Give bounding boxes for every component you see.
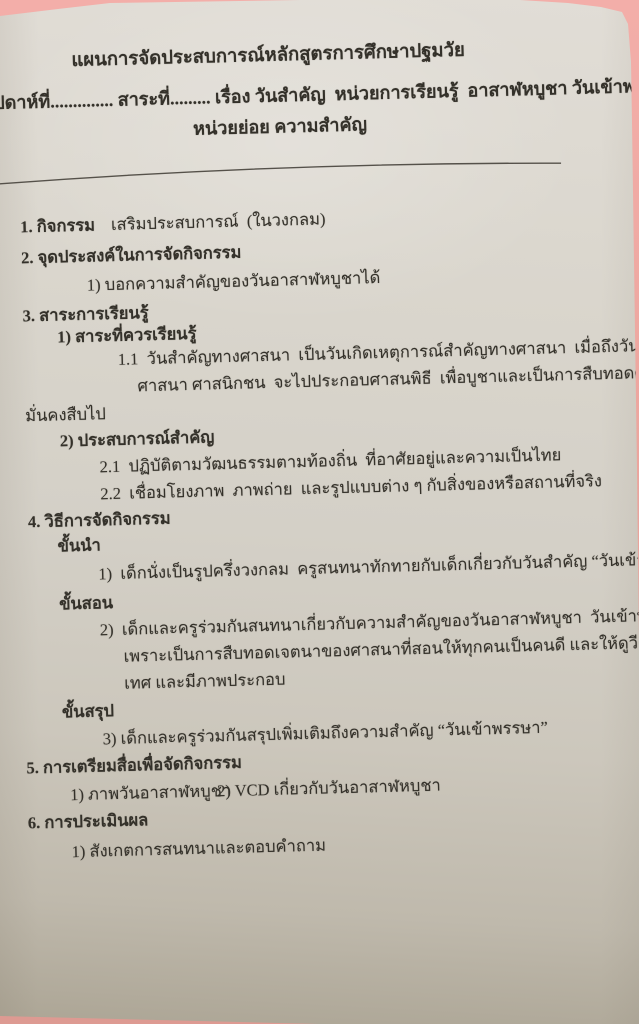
paper-sheet: แผนการจัดประสบการณ์หลักสูตรการศึกษาปฐมวั… [0,0,639,1024]
document-content: แผนการจัดประสบการณ์หลักสูตรการศึกษาปฐมวั… [0,0,639,1024]
line-text: ศาสนา ศาสนิกชน จะไปประกอบศาสนพิธี เพื่อบ… [137,361,639,395]
doc-line: 1) สังเกตการสนทนาและตอบคำถาม [46,810,327,889]
line-text: เทศ และมีภาพประกอบ [124,670,286,693]
line-text: 1) เด็กนั่งเป็นรูปครึ่งวงกลม ครูสนทนาทัก… [98,549,639,584]
line-text: 1) สังเกตการสนทนาและตอบคำถาม [71,836,326,862]
document-title: แผนการจัดประสบการณ์หลักสูตรการศึกษาปฐมวั… [0,33,548,77]
line-text: 2) VCD เกี่ยวกับวันอาสาฬหบูชา [217,775,441,800]
line-text: 2.2 เชื่อมโยงภาพ ภาพถ่าย และรูปแบบต่าง ๆ… [100,471,602,503]
photo-background: { "colors": { "background_pink": "#efa8a… [0,0,639,1024]
